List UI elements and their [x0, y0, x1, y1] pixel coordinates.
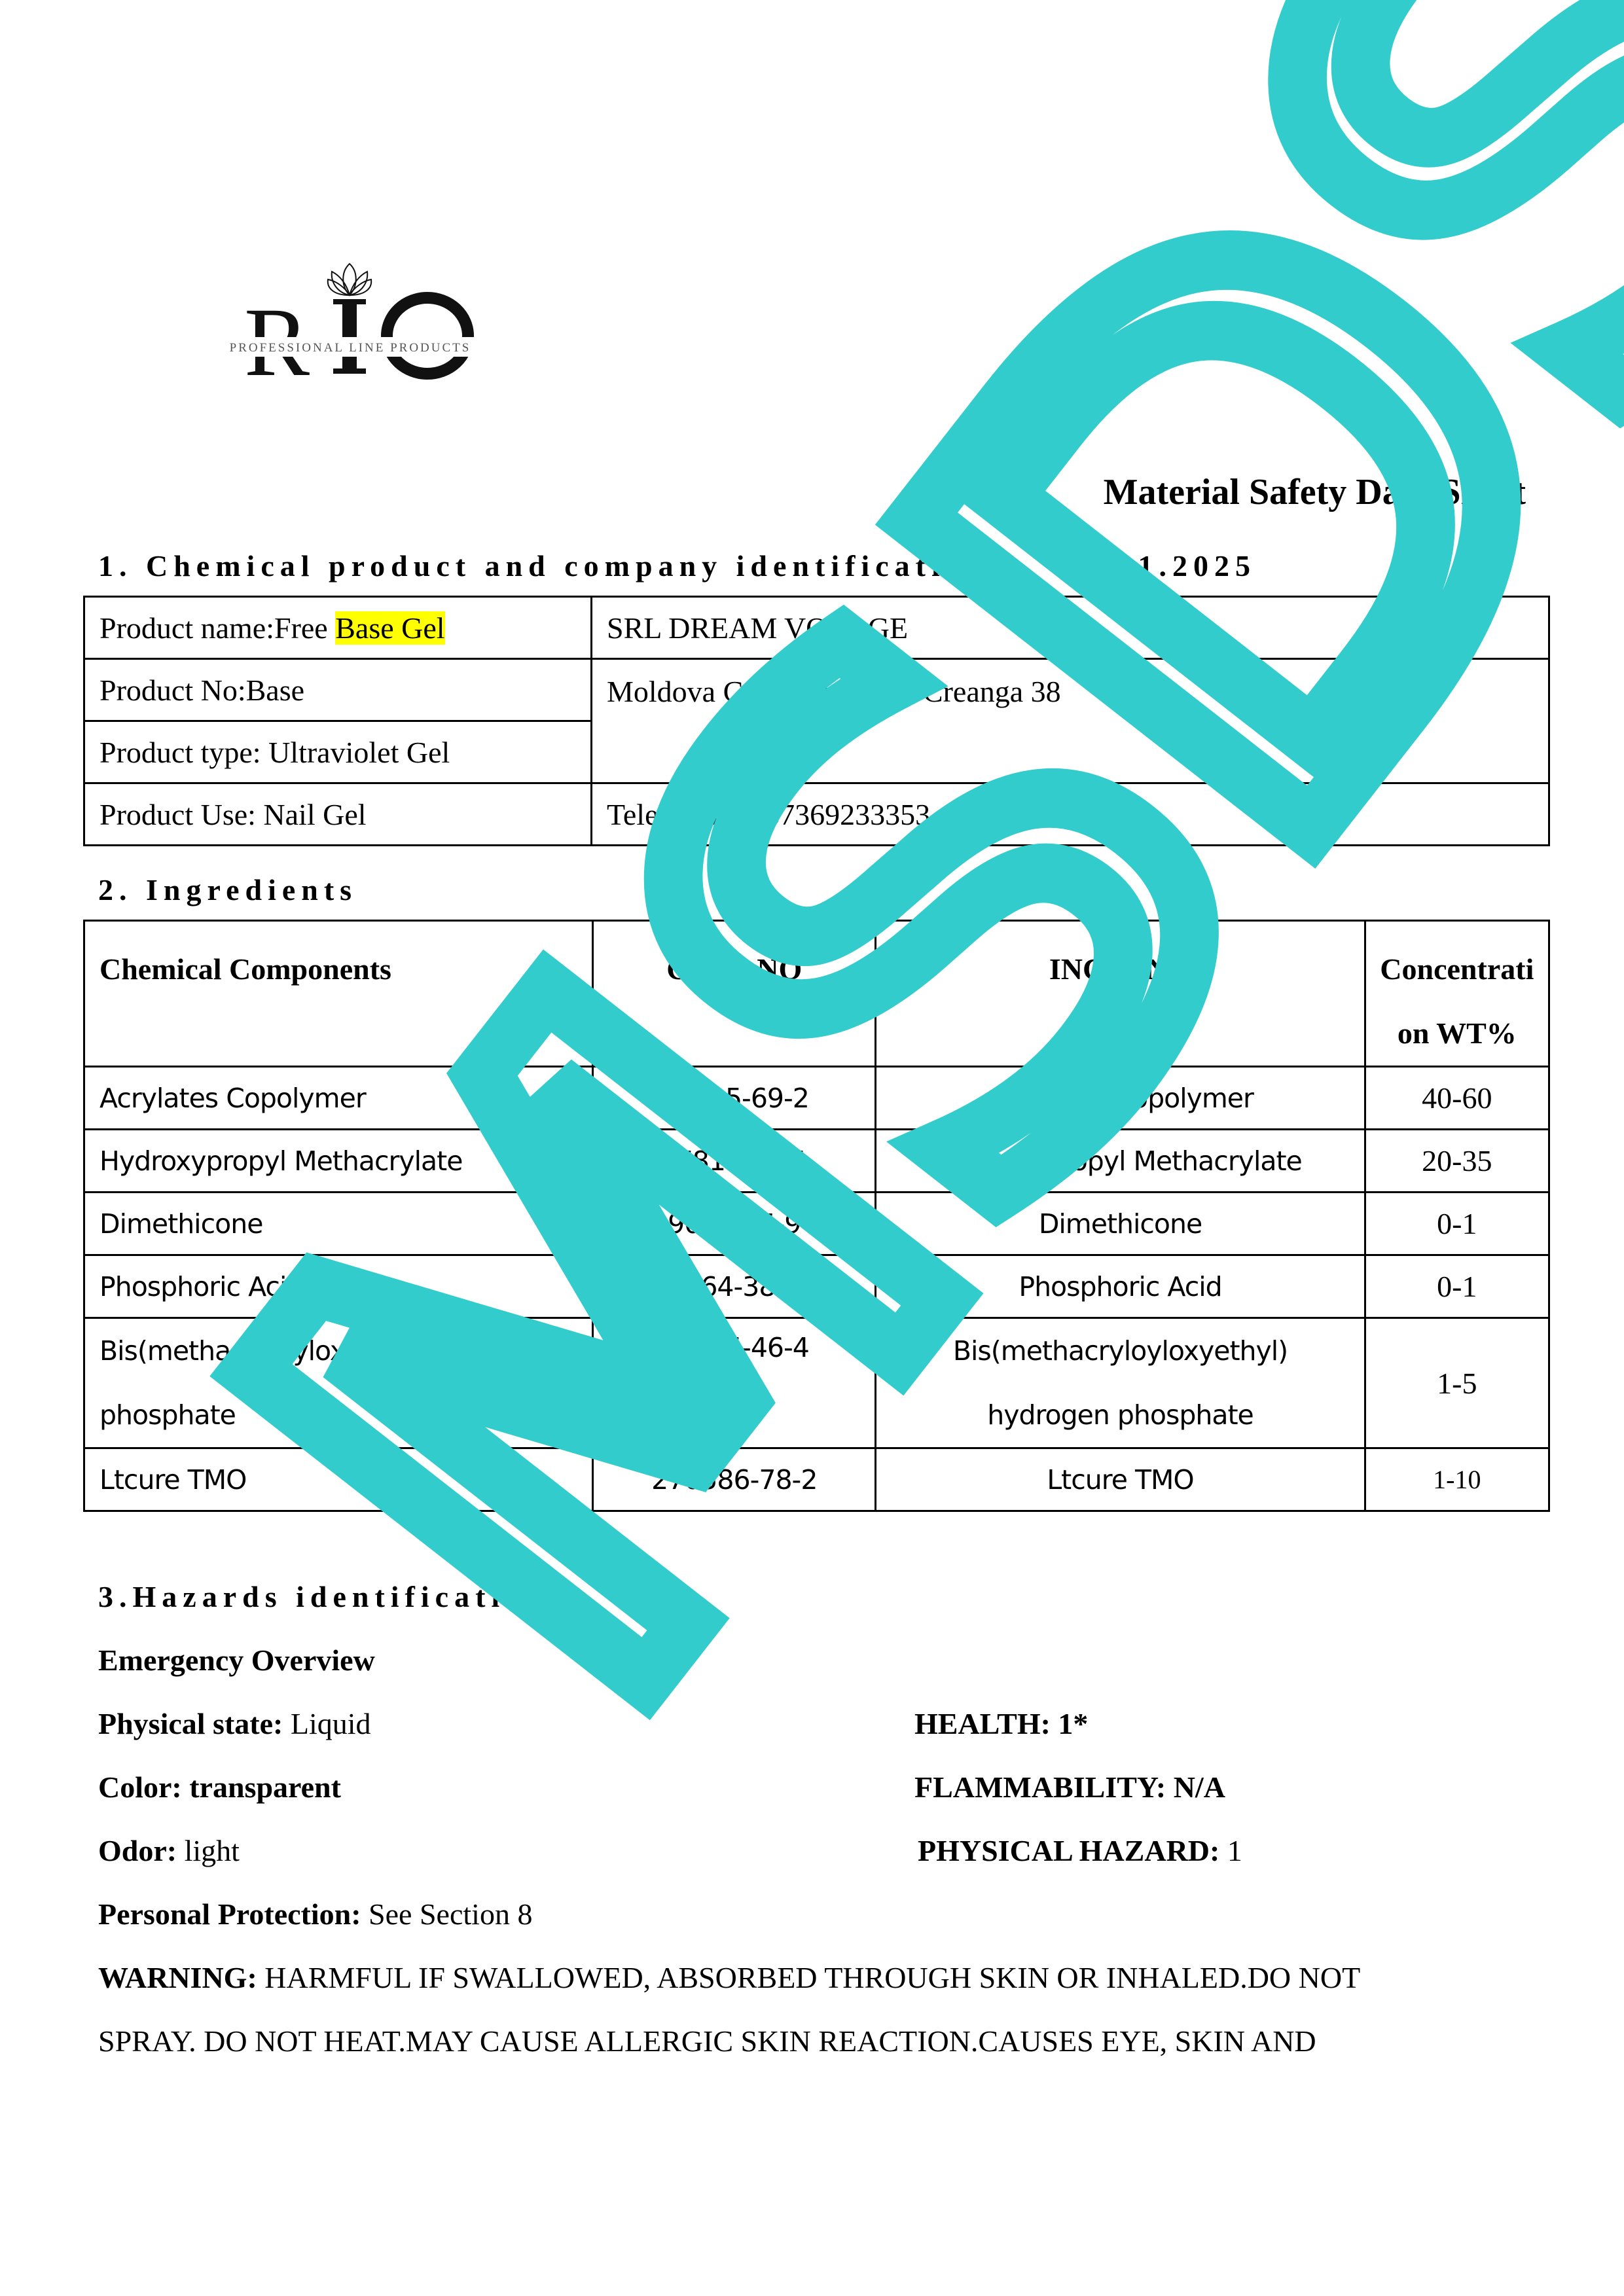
- cas-cell: 9006-65-9: [593, 1193, 876, 1255]
- header-inci: INCI NO: [876, 921, 1365, 1067]
- company-name-cell: SRL DREAM VOYAGE: [592, 597, 1549, 659]
- table-row: Product name:Free Base Gel SRL DREAM VOY…: [84, 597, 1549, 659]
- concentration-cell: 20-35: [1365, 1130, 1549, 1193]
- concentration-cell: 1-10: [1365, 1448, 1549, 1511]
- product-type-cell: Product type: Ultraviolet Gel: [84, 721, 592, 783]
- lotus-icon: [328, 264, 371, 295]
- table-header-row: Chemical Components CAS NO INCI NO Conce…: [84, 921, 1549, 1067]
- section2-heading: 2. Ingredients: [98, 872, 357, 907]
- physical-hazard-label: PHYSICAL HAZARD:: [918, 1834, 1219, 1867]
- header-components: Chemical Components: [84, 921, 593, 1067]
- concentration-cell: 0-1: [1365, 1193, 1549, 1255]
- flammability-rating: FLAMMABILITY: N/A: [914, 1770, 1225, 1804]
- color-property: Color: transparent: [98, 1770, 341, 1804]
- concentration-cell: 40-60: [1365, 1067, 1549, 1130]
- personal-protection-value: See Section 8: [361, 1897, 533, 1931]
- highlighted-text: Base Gel: [335, 611, 444, 645]
- product-name-cell: Product name:Free Base Gel: [84, 597, 592, 659]
- company-logo: R PROFESSIONAL LINE PRODUCTS: [219, 259, 481, 389]
- health-rating: HEALTH: 1*: [914, 1706, 1088, 1741]
- logo-tagline: PROFESSIONAL LINE PRODUCTS: [230, 341, 471, 355]
- warning-line-1: WARNING: HARMFUL IF SWALLOWED, ABSORBED …: [98, 1960, 1360, 1995]
- product-no-cell: Product No:Base: [84, 659, 592, 721]
- table-row: Hydroxypropyl Methacrylate 27813-02-1 Hy…: [84, 1130, 1549, 1193]
- telephone-cell: Telephone: +37369233353: [592, 783, 1549, 846]
- concentration-cell: 0-1: [1365, 1255, 1549, 1318]
- table-row: Bis(methacryloyloxyethyl) hydrogen phosp…: [84, 1318, 1549, 1448]
- component-cell: Acrylates Copolymer: [84, 1067, 593, 1130]
- cas-cell: 27813-02-1: [593, 1130, 876, 1193]
- physical-hazard-rating: PHYSICAL HAZARD: 1: [918, 1833, 1242, 1868]
- rio-logo: R PROFESSIONAL LINE PRODUCTS: [219, 259, 481, 389]
- table-row: Phosphoric Acid 7664-38-2 Phosphoric Aci…: [84, 1255, 1549, 1318]
- personal-protection-label: Personal Protection:: [98, 1897, 361, 1931]
- physical-hazard-value: 1: [1219, 1834, 1242, 1867]
- cas-cell: 7664-38-2: [593, 1255, 876, 1318]
- emergency-overview-heading: Emergency Overview: [98, 1643, 375, 1677]
- inci-cell: Phosphoric Acid: [876, 1255, 1365, 1318]
- component-cell: Phosphoric Acid: [84, 1255, 593, 1318]
- inci-cell: Acrylates Copolymer: [876, 1067, 1365, 1130]
- cas-cell: 25035-69-2: [593, 1067, 876, 1130]
- document-title: Material Safety Data Sheet: [1104, 471, 1526, 513]
- physical-state-label: Physical state:: [98, 1707, 283, 1740]
- ingredients-table: Chemical Components CAS NO INCI NO Conce…: [83, 920, 1550, 1512]
- header-concentration: Concentration WT%: [1365, 921, 1549, 1067]
- odor-property: Odor: light: [98, 1833, 240, 1868]
- component-cell: Dimethicone: [84, 1193, 593, 1255]
- cas-cell: 32435-46-4: [593, 1318, 876, 1448]
- inci-cell: Dimethicone: [876, 1193, 1365, 1255]
- cas-cell: 270586-78-2: [593, 1448, 876, 1511]
- inci-cell: Hydroxypropyl Methacrylate: [876, 1130, 1365, 1193]
- document-date: 01.01.2025: [1062, 548, 1256, 583]
- table-row: Acrylates Copolymer 25035-69-2 Acrylates…: [84, 1067, 1549, 1130]
- personal-protection: Personal Protection: See Section 8: [98, 1897, 532, 1931]
- inci-cell: Ltcure TMO: [876, 1448, 1365, 1511]
- warning-label: WARNING:: [98, 1961, 257, 1994]
- product-use-cell: Product Use: Nail Gel: [84, 783, 592, 846]
- odor-label: Odor:: [98, 1834, 177, 1867]
- section3-heading: 3.Hazards identification: [98, 1579, 549, 1614]
- table-row: Ltcure TMO 270586-78-2 Ltcure TMO 1-10: [84, 1448, 1549, 1511]
- table-row: Product No:Base Moldova Ciorescu str Ion…: [84, 659, 1549, 721]
- component-cell: Ltcure TMO: [84, 1448, 593, 1511]
- component-cell: Bis(methacryloyloxyethyl) hydrogen phosp…: [84, 1318, 593, 1448]
- section1-heading: 1. Chemical product and company identifi…: [98, 548, 989, 583]
- table-row: Product Use: Nail Gel Telephone: +373692…: [84, 783, 1549, 846]
- odor-value: light: [177, 1834, 240, 1867]
- warning-text: HARMFUL IF SWALLOWED, ABSORBED THROUGH S…: [257, 1961, 1360, 1994]
- inci-cell: Bis(methacryloyloxyethyl) hydrogen phosp…: [876, 1318, 1365, 1448]
- concentration-cell: 1-5: [1365, 1318, 1549, 1448]
- component-cell: Hydroxypropyl Methacrylate: [84, 1130, 593, 1193]
- table-row: Dimethicone 9006-65-9 Dimethicone 0-1: [84, 1193, 1549, 1255]
- address-cell: Moldova Ciorescu str Ion Creanga 38: [592, 659, 1549, 783]
- physical-state-value: Liquid: [283, 1707, 370, 1740]
- header-cas: CAS NO: [593, 921, 876, 1067]
- product-name-label: Product name:Free: [99, 611, 335, 645]
- identification-table: Product name:Free Base Gel SRL DREAM VOY…: [83, 596, 1550, 846]
- warning-line-2: SPRAY. DO NOT HEAT.MAY CAUSE ALLERGIC SK…: [98, 2024, 1316, 2058]
- physical-state: Physical state: Liquid: [98, 1706, 371, 1741]
